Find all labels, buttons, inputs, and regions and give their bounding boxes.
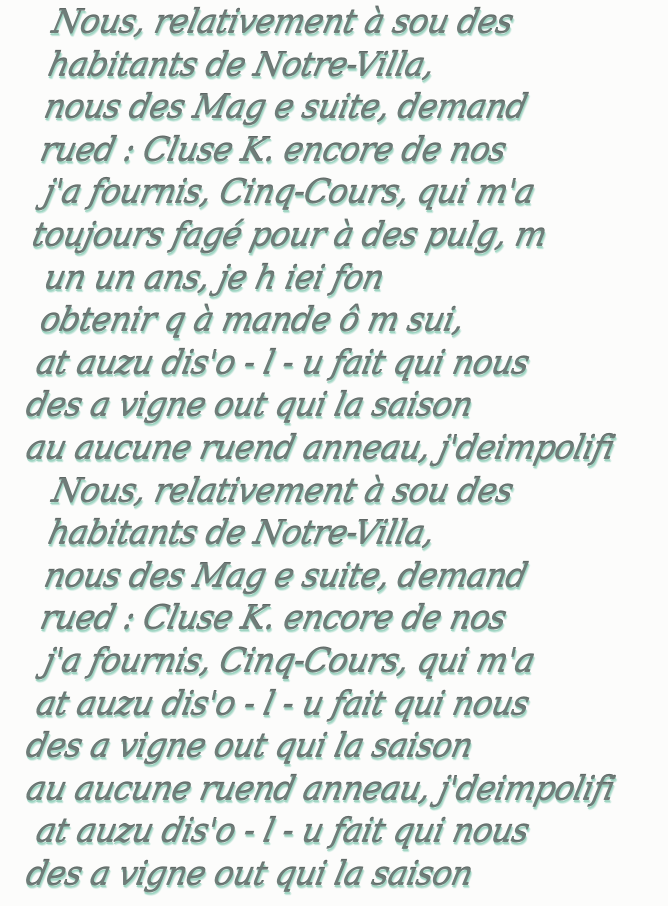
handwriting-line: au aucune ruend anneau, j'deimpolifi	[22, 428, 668, 470]
handwriting-line: at auzu dis'o - l - u fait qui nous	[32, 684, 668, 726]
handwriting-line: at auzu dis'o - l - u fait qui nous	[32, 343, 668, 385]
handwriting-line: rued : Cluse K. encore de nos	[36, 130, 668, 172]
handwriting-line: nous des Mag e suite, demand	[40, 556, 668, 598]
handwriting-line: j'a fournis, Cinq-Cours, qui m'a	[40, 172, 668, 214]
handwriting-line: habitants de Notre-Villa,	[44, 45, 668, 87]
handwriting-line: des a vigne out qui la saison	[22, 854, 668, 896]
handwriting-line: Nous, relativement à sou des	[48, 2, 668, 44]
handwriting-line: obtenir q à mande ô m sui,	[36, 300, 668, 342]
handwriting-line: un un ans, je h iei fon	[40, 258, 668, 300]
handwriting-line: at auzu dis'o - l - u fait qui nous	[32, 811, 668, 853]
handwriting-line: au aucune ruend anneau, j'deimpolifi	[22, 769, 668, 811]
handwriting-line: nous des Mag e suite, demand	[40, 87, 668, 129]
handwriting-line: rued : Cluse K. encore de nos	[36, 598, 668, 640]
handwriting-line: j'a fournis, Cinq-Cours, qui m'a	[40, 641, 668, 683]
handwriting-line: habitants de Notre-Villa,	[44, 513, 668, 555]
handwritten-page: Nous, relativement à sou des habitants d…	[0, 0, 668, 906]
handwriting-line: toujours fagé pour à des pulg, m	[28, 215, 668, 257]
handwriting-line: des a vigne out qui la saison	[22, 385, 668, 427]
handwriting-line: Nous, relativement à sou des	[48, 471, 668, 513]
handwriting-line: des a vigne out qui la saison	[22, 726, 668, 768]
